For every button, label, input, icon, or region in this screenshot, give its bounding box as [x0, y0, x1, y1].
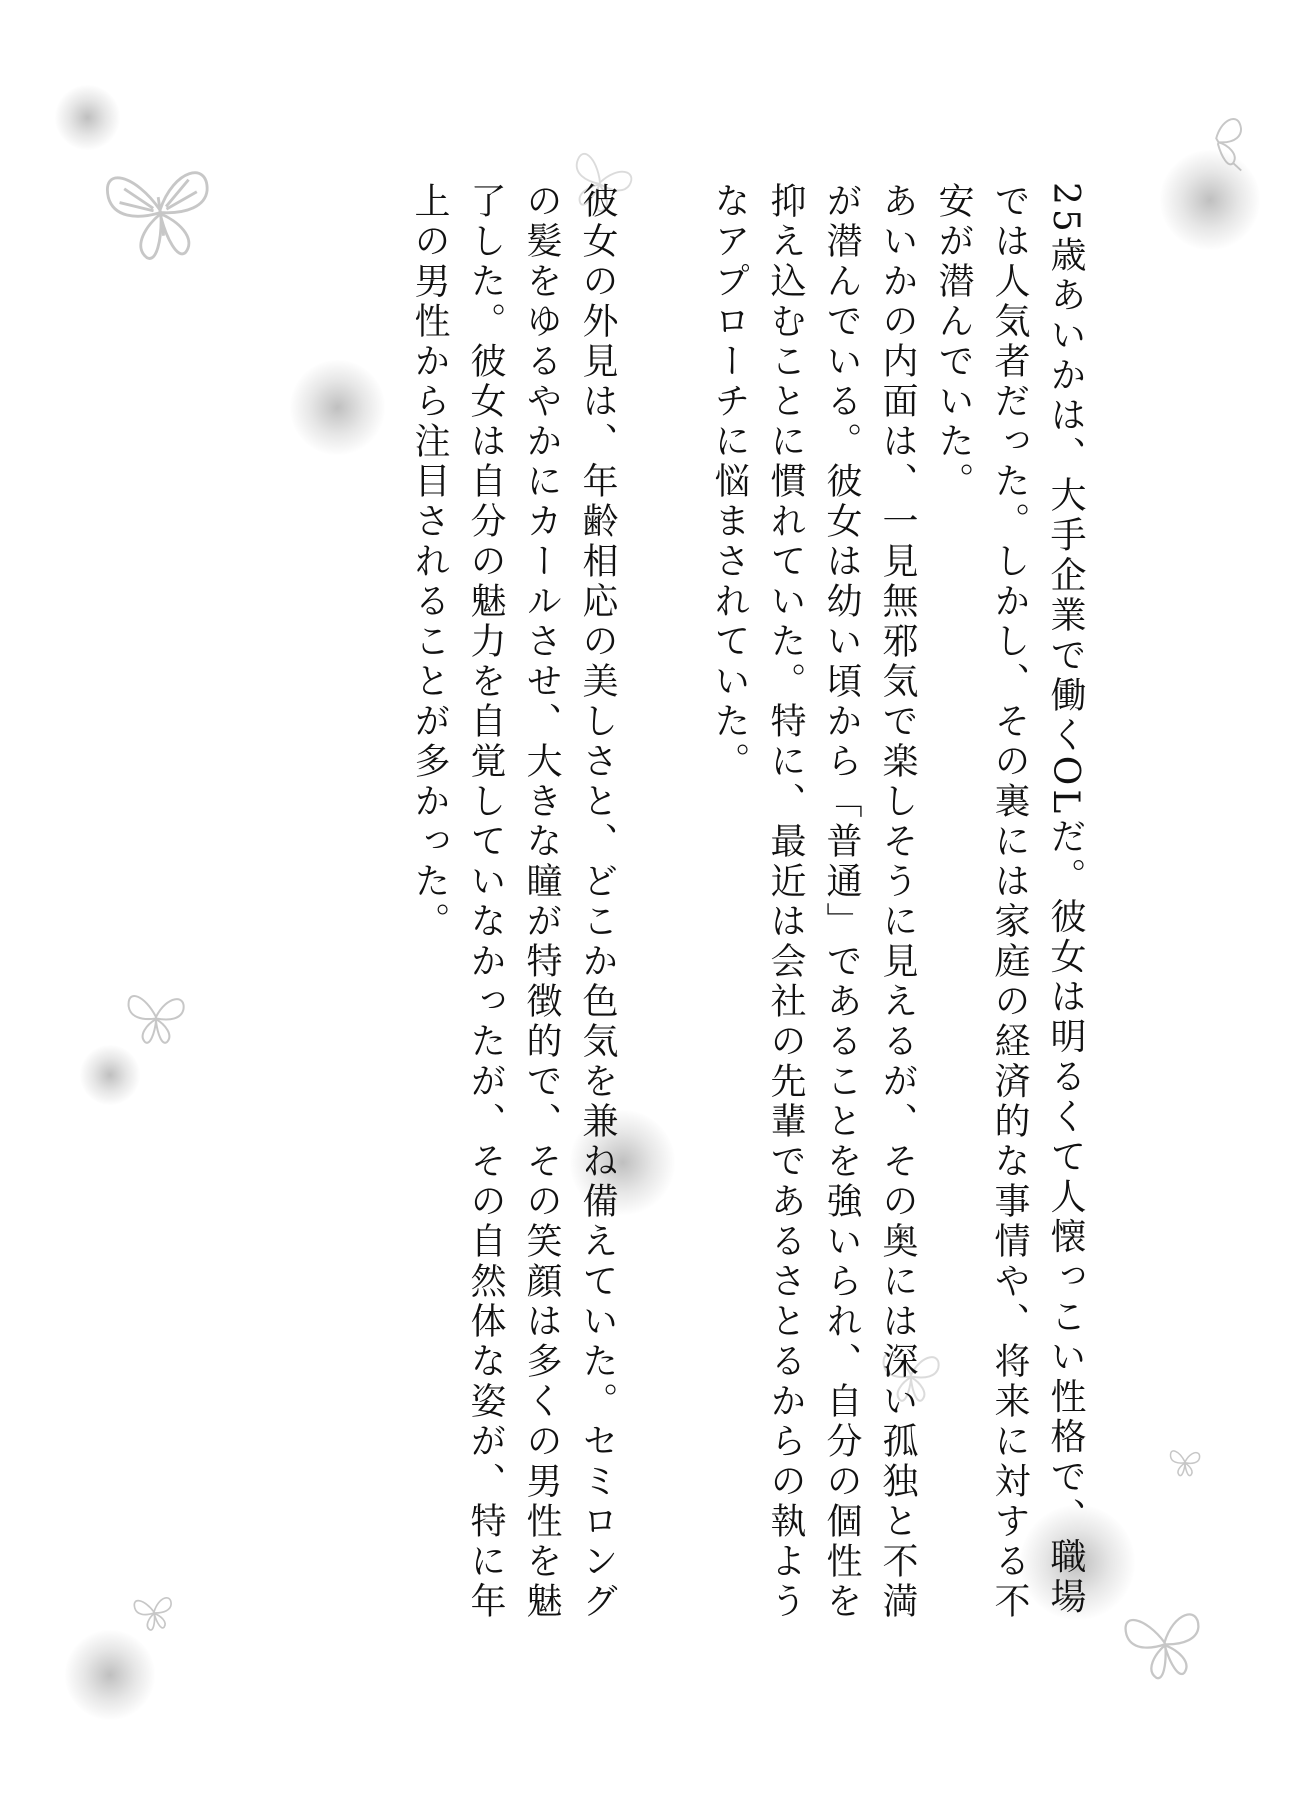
- butterfly-icon: [86, 132, 234, 289]
- butterfly-icon: [120, 978, 192, 1056]
- butterfly-icon: [1105, 1587, 1225, 1699]
- paragraph-3: 彼女の外見は、年齢相応の美しさと、どこか色気を兼ね備えていた。セミロングの髪をゆ…: [401, 182, 625, 1652]
- paragraph-1: 25歳あいかは、大手企業で働くOLだ。彼女は明るくて人懐っこい性格で、職場では人…: [925, 182, 1093, 1652]
- vertical-text-body: 25歳あいかは、大手企業で働くOLだ。彼女は明るくて人懐っこい性格で、職場では人…: [325, 182, 1093, 1652]
- butterfly-icon: [124, 1584, 184, 1640]
- blur-dot: [65, 1630, 155, 1720]
- butterfly-icon: [1163, 1443, 1207, 1481]
- paragraph-2: あいかの内面は、一見無邪気で楽しそうに見えるが、その奥には深い孤独と不満が潜んで…: [701, 182, 925, 1652]
- blur-dot: [55, 85, 120, 150]
